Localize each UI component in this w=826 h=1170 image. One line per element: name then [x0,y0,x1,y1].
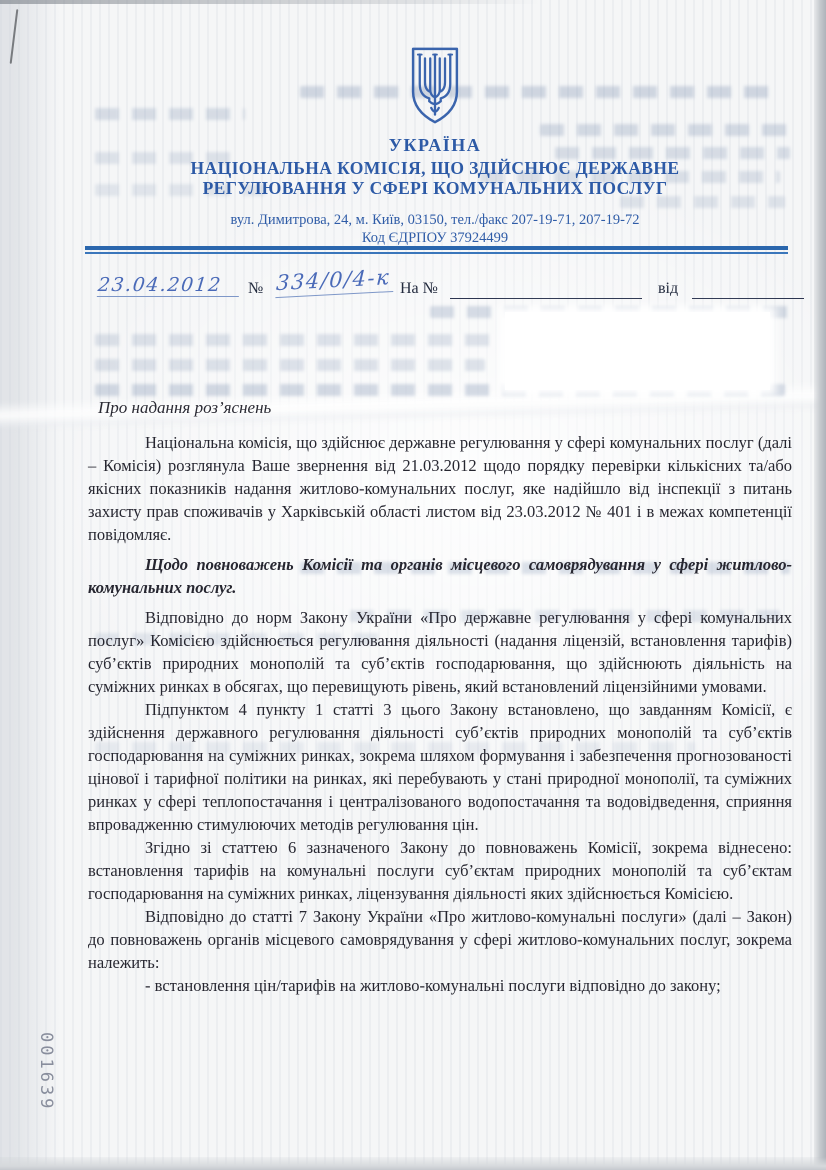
incoming-number-blank-line [450,298,642,299]
org-name-line1: НАЦІОНАЛЬНА КОМІСІЯ, ЩО ЗДІЙСНЮЄ ДЕРЖАВН… [85,158,785,178]
letterhead: УКРАЇНА НАЦІОНАЛЬНА КОМІСІЯ, ЩО ЗДІЙСНЮЄ… [85,46,785,247]
page-edge-shadow-bottom [0,1157,826,1170]
reference-row: 23.04.2012 № 334/0/4-к На № від [98,268,810,308]
body-paragraph-intro: Національна комісія, що здійснює державн… [88,431,792,546]
incoming-number-label: На № [400,280,438,298]
subject-line: Про надання роз’яснень [98,398,271,418]
body-paragraph: Відповідно до норм Закону України «Про д… [88,606,792,698]
number-sign: № [248,280,263,298]
letterhead-rule [85,246,788,254]
bleed-through-artifact [95,334,490,346]
scan-corner-artifact [10,9,19,64]
scanned-letter-page: УКРАЇНА НАЦІОНАЛЬНА КОМІСІЯ, ЩО ЗДІЙСНЮЄ… [0,0,826,1170]
edrpou-code: Код ЄДРПОУ 37924499 [85,230,785,247]
outgoing-number-handwritten: 334/0/4-к [275,265,394,298]
from-date-blank-line [692,298,804,299]
redaction-box [505,312,770,390]
list-item: - встановлення цін/тарифів на житлово-ко… [88,974,792,997]
country-name: УКРАЇНА [85,135,785,156]
body-paragraph: Підпунктом 4 пункту 1 статті 3 цього Зак… [88,698,792,836]
org-name-line2: РЕГУЛЮВАННЯ У СФЕРІ КОМУНАЛЬНИХ ПОСЛУГ [85,178,785,198]
letter-body: Національна комісія, що здійснює державн… [88,431,792,997]
address-line: вул. Димитрова, 24, м. Київ, 03150, тел.… [85,212,785,229]
registration-stamp-number: 001639 [36,1032,56,1111]
page-edge-shadow-top [0,0,540,4]
outgoing-date-handwritten: 23.04.2012 [97,274,241,297]
page-edge-shadow-right [814,0,826,1170]
section-heading: Щодо повноважень Комісії та органів місц… [88,553,792,599]
body-paragraph: Згідно зі статтею 6 зазначеного Закону д… [88,836,792,905]
from-date-label: від [658,280,678,298]
bleed-through-artifact [95,359,485,371]
ukraine-trident-emblem-icon [406,46,464,126]
body-paragraph: Відповідно до статті 7 Закону України «П… [88,905,792,974]
